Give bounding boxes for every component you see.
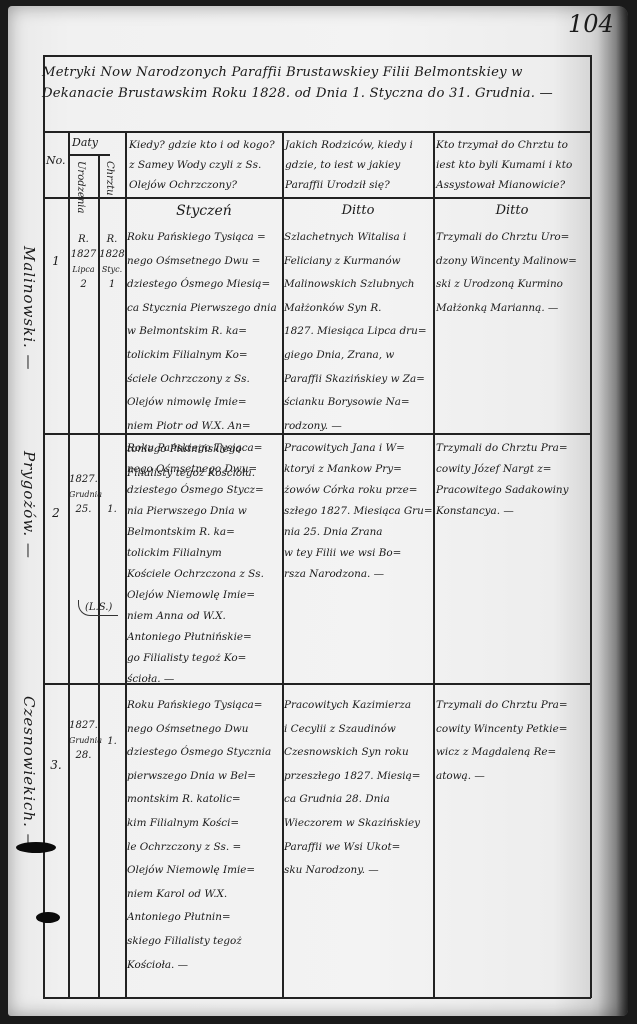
header-when-where: Kiedy? gdzie kto i od kogo? z Samey Wody… [129, 135, 281, 195]
header-number: No. [46, 151, 66, 171]
entry-baptism-date: 1. [99, 502, 125, 517]
entry-number: 3. [44, 758, 68, 773]
header-parents: Jakich Rodziców, kiedy i gdzie, to iest … [285, 135, 431, 195]
entry-birth-date: R. 1827 Lipca 2 [69, 232, 98, 292]
entry-number: 1 [44, 254, 68, 269]
entry-parents: Pracowitych Kazimierza i Cecylii z Szaud… [284, 694, 434, 883]
header-date-baptism: Chrztu [104, 161, 115, 195]
entry-parents: Szlachetnych Witalisa i Feliciany z Kurm… [284, 226, 434, 438]
entry-parents: Pracowitych Jana i W= ktoryi z Mankow Pr… [284, 438, 434, 585]
daty-group-divider [68, 154, 110, 156]
ink-blot [16, 842, 56, 853]
ink-blot [36, 912, 60, 923]
entry-baptism-date: R. 1828 Styc. 1 [99, 232, 125, 292]
entry-birth-date: 1827. Grudnia 28. [69, 718, 98, 763]
page-number: 104 [568, 10, 614, 38]
entry-margin-name: Czesnowiekich. — [20, 696, 38, 850]
entry-margin-name: Prygożów. — [20, 451, 38, 559]
document-page: 104 Metryki Now Narodzonych Paraffii Bru… [8, 6, 628, 1016]
table-top-border [43, 55, 591, 57]
entry-margin-name: Malinowski. — [20, 246, 38, 371]
register-title: Metryki Now Narodzonych Paraffii Brustaw… [42, 62, 582, 104]
table-right-border [590, 55, 592, 998]
entry-baptism-date: 1. [99, 734, 125, 749]
header-date-birth: Urodzenia [75, 161, 86, 195]
page-binding-edge [598, 6, 628, 1016]
entry-when-where: Roku Pańskiego Tysiąca= nego Ośmsetnego … [127, 438, 283, 690]
entry-godparents: Trzymali do Chrztu Pra= cowity Józef Nar… [436, 438, 590, 522]
entry-when-where: Roku Pańskiego Tysiąca= nego Ośmsetnego … [127, 694, 283, 977]
header-godparents: Kto trzymał do Chrztu to iest kto byli K… [436, 135, 588, 195]
month-label: Styczeń [126, 203, 282, 219]
entry-godparents: Trzymali do Chrztu Uro= dzony Wincenty M… [436, 226, 590, 320]
entry-godparents: Trzymali do Chrztu Pra= cowity Wincenty … [436, 694, 590, 788]
header-dates-group: Daty [72, 133, 98, 153]
entry-note-mark: (L.S.) [78, 600, 118, 616]
table-left-border [43, 55, 45, 998]
ditto-parents: Ditto [283, 203, 433, 218]
entry-birth-date: 1827. Grudnia 25. [69, 472, 98, 517]
entry-number: 2 [44, 506, 68, 521]
ditto-godparents: Ditto [434, 203, 590, 218]
